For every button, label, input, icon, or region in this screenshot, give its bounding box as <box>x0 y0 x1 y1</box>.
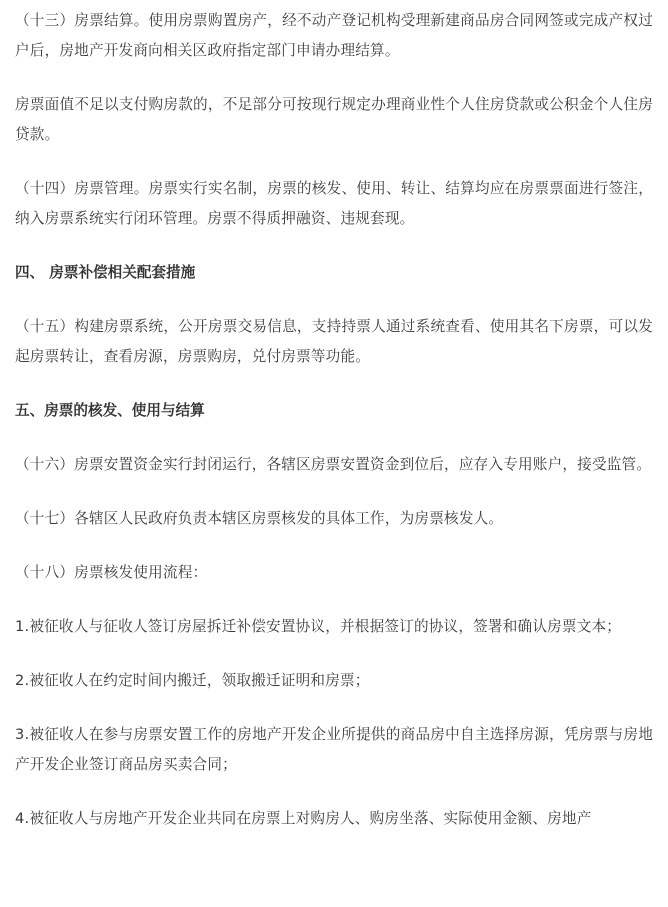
paragraph-18-process: （十八）房票核发使用流程： <box>15 558 653 588</box>
paragraph-14-management: （十四）房票管理。房票实行实名制，房票的核发、使用、转让、结算均应在房票票面进行… <box>15 174 653 234</box>
process-step-1: 1.被征收人与征收人签订房屋拆迁补偿安置协议，并根据签订的协议，签署和确认房票文… <box>15 612 653 642</box>
section-heading-4: 四、 房票补偿相关配套措施 <box>15 258 653 288</box>
section-heading-5: 五、房票的核发、使用与结算 <box>15 396 653 426</box>
paragraph-16-funds: （十六）房票安置资金实行封闭运行，各辖区房票安置资金到位后，应存入专用账户，接受… <box>15 450 653 480</box>
paragraph-15-system: （十五）构建房票系统，公开房票交易信息，支持持票人通过系统查看、使用其名下房票，… <box>15 312 653 372</box>
paragraph-13-settlement: （十三）房票结算。使用房票购置房产，经不动产登记机构受理新建商品房合同网签或完成… <box>15 6 653 66</box>
document-body: （十三）房票结算。使用房票购置房产，经不动产登记机构受理新建商品房合同网签或完成… <box>0 0 668 834</box>
process-step-4: 4.被征收人与房地产开发企业共同在房票上对购房人、购房坐落、实际使用金额、房地产 <box>15 804 653 834</box>
process-step-3: 3.被征收人在参与房票安置工作的房地产开发企业所提供的商品房中自主选择房源，凭房… <box>15 720 653 780</box>
paragraph-17-issuer: （十七）各辖区人民政府负责本辖区房票核发的具体工作，为房票核发人。 <box>15 504 653 534</box>
paragraph-insufficient-value: 房票面值不足以支付购房款的，不足部分可按现行规定办理商业性个人住房贷款或公积金个… <box>15 90 653 150</box>
process-step-2: 2.被征收人在约定时间内搬迁，领取搬迁证明和房票； <box>15 666 653 696</box>
